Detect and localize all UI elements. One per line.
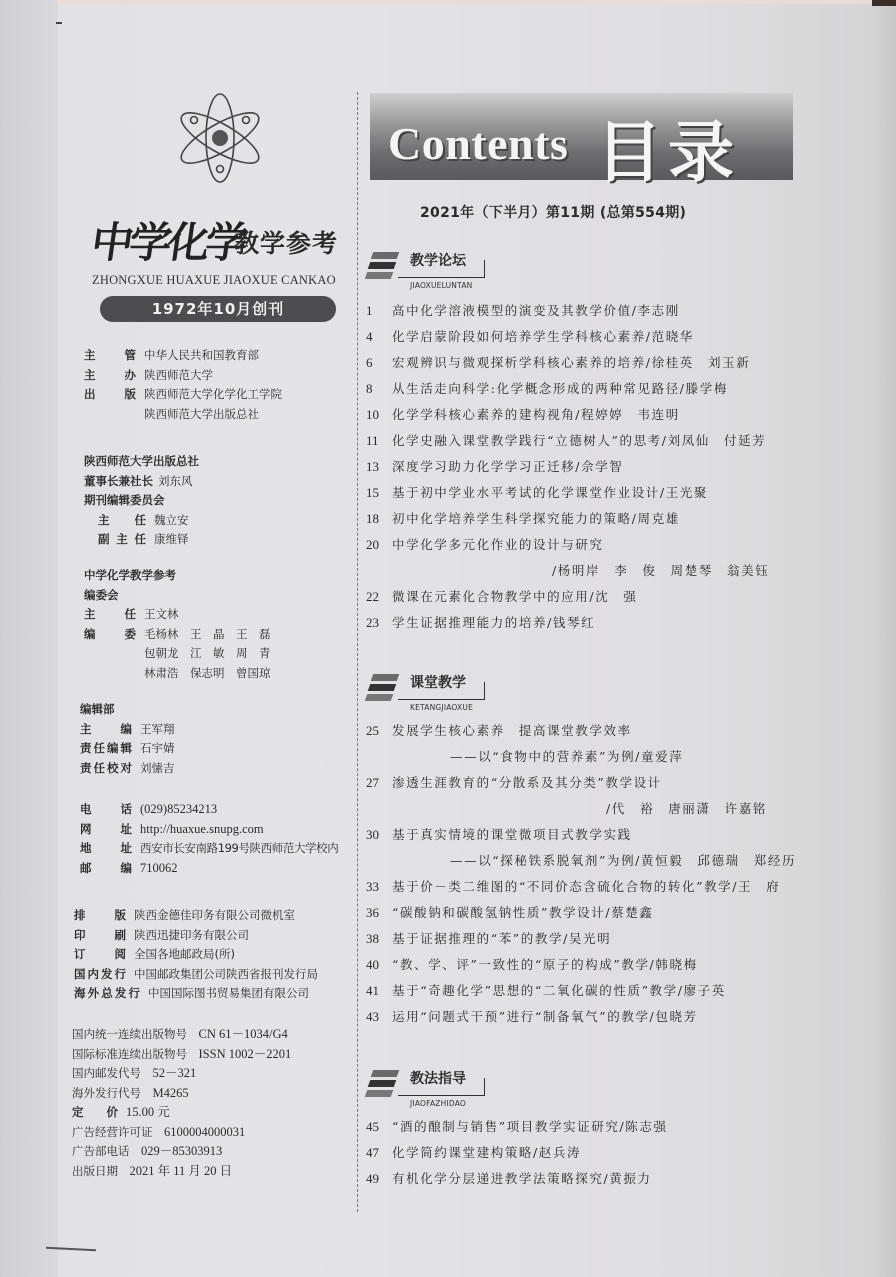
contents-title-zh: 目录 <box>596 99 740 194</box>
info-row: 陕西师范大学出版总社 <box>84 405 282 425</box>
toc-entry[interactable]: 4化学启蒙阶段如何培养学生学科核心素养/范晓华 <box>366 324 769 350</box>
section-bars-icon <box>366 252 400 282</box>
info-row: 国内发行中国邮政集团公司陕西省报刊发行局 <box>74 965 318 985</box>
info-row: 主 办陕西师范大学 <box>84 366 282 386</box>
toc-entry[interactable]: 8从生活走向科学:化学概念形成的两种常见路径/滕学梅 <box>366 376 769 402</box>
info-row: 责任校对刘愫吉 <box>80 759 175 779</box>
info-row: 出 版陕西师范大学化学化工学院 <box>84 385 282 405</box>
info-row: 主 任王文林 <box>84 605 271 625</box>
toc-entry[interactable]: 20中学化学多元化作业的设计与研究 <box>366 532 769 558</box>
page-top-edge <box>60 0 880 4</box>
publish-date: 出版日期 2021 年 11 月 20 日 <box>72 1162 291 1182</box>
contact-info: 电 话(029)85234213 网 址http://huaxue.snupg.… <box>80 800 338 878</box>
toc-entry[interactable]: 10化学学科核心素养的建构视角/程婷婷 韦连明 <box>366 402 769 428</box>
production-info: 排 版陕西金德佳印务有限公司微机室 印 刷陕西迅捷印务有限公司 订 阅全国各地邮… <box>74 906 318 1004</box>
journal-pinyin: ZHONGXUE HUAXUE JIAOXUE CANKAO <box>92 273 352 288</box>
toc-entry[interactable]: 41基于“奇趣化学”思想的“二氧化碳的性质”教学/廖子英 <box>366 978 796 1004</box>
toc-entry[interactable]: 38基于证据推理的“苯”的教学/吴光明 <box>366 926 796 952</box>
page-gutter-shadow <box>0 0 58 1277</box>
toc-entry[interactable]: 15基于初中学业水平考试的化学课堂作业设计/王光聚 <box>366 480 769 506</box>
info-row: 包朝龙 江 敏 周 青 <box>84 644 271 664</box>
phone-number: (029)85234213 <box>140 800 217 820</box>
toc-entry-authors: /杨明岸 李 俊 周楚琴 翁美钰 <box>366 558 769 584</box>
registration-info: 国内统一连续出版物号 CN 61－1034/G4 国际标准连续出版物号 ISSN… <box>72 1025 291 1181</box>
toc-entry[interactable]: 1高中化学溶液模型的演变及其教学价值/李志刚 <box>366 298 769 324</box>
editorial-dept: 编辑部 主 编王军翔 责任编辑石宇婧 责任校对刘愫吉 <box>80 700 175 778</box>
info-row: 董事长兼社长刘东风 <box>84 472 199 492</box>
journal-masthead: 中学化学 教学参考 <box>92 210 362 270</box>
journal-title-calligraphy: 中学化学 <box>88 210 248 270</box>
toc-entry[interactable]: 30基于真实情境的课堂微项目式教学实践 <box>366 822 796 848</box>
info-row: 编 委毛杨林 王 晶 王 磊 <box>84 625 271 645</box>
column-divider <box>357 92 358 1212</box>
info-row: 海外发行代号 M4265 <box>72 1084 291 1104</box>
info-row: 地 址西安市长安南路199号陕西师范大学校内 <box>80 839 338 859</box>
toc-entry[interactable]: 36“碳酸钠和碳酸氢钠性质”教学设计/蔡楚鑫 <box>366 900 796 926</box>
info-row: 广告部电话 029－85303913 <box>72 1142 291 1162</box>
info-row: 林肃浩 保志明 曾国琼 <box>84 664 271 684</box>
section-header-jiaoxueluntan: 教学论坛 JIAOXUELUNTAN <box>366 250 566 294</box>
page-corner <box>872 0 896 6</box>
section-bars-icon <box>366 674 400 704</box>
toc-entry[interactable]: 40“教、学、评”一致性的“原子的构成”教学/韩晓梅 <box>366 952 796 978</box>
info-row: 广告经营许可证 6100004000031 <box>72 1123 291 1143</box>
toc-entry[interactable]: 25发展学生核心素养 提高课堂教学效率 <box>366 718 796 744</box>
journal-name: 中学化学教学参考 <box>84 566 271 586</box>
toc-entry[interactable]: 22微课在元素化合物教学中的应用/沈 强 <box>366 584 769 610</box>
section-bars-icon <box>366 1070 400 1100</box>
section-header-ketangjiaoxue: 课堂教学 KETANGJIAOXUE <box>366 672 566 716</box>
contents-banner: Contents 目录 <box>370 93 793 180</box>
toc-entry[interactable]: 47化学简约课堂建构策略/赵兵涛 <box>366 1140 668 1166</box>
atom-icon <box>172 90 268 186</box>
info-row: 印 刷陕西迅捷印务有限公司 <box>74 926 318 946</box>
info-row: 副主任康维铎 <box>84 530 199 550</box>
section-header-jiaofazhidao: 教法指导 JIAOFAZHIDAO <box>366 1068 566 1112</box>
info-row: 电 话(029)85234213 <box>80 800 338 820</box>
info-row: 排 版陕西金德佳印务有限公司微机室 <box>74 906 318 926</box>
website-link: http://huaxue.snupg.com <box>140 820 264 840</box>
info-row: 国内统一连续出版物号 CN 61－1034/G4 <box>72 1025 291 1045</box>
toc-entry[interactable]: 43运用“问题式干预”进行“制备氧气”的教学/包晓芳 <box>366 1004 796 1030</box>
info-row: 主 任魏立安 <box>84 511 199 531</box>
toc-entry[interactable]: 49有机化学分层递进教学法策略探究/黄振力 <box>366 1166 668 1192</box>
toc-entry[interactable]: 33基于价－类二维图的“不同价态含硫化合物的转化”教学/王 府 <box>366 874 796 900</box>
price: 定 价15.00 元 <box>72 1103 291 1123</box>
toc-entry-subtitle: ——以“食物中的营养素”为例/童爱萍 <box>366 744 796 770</box>
dept-title: 编辑部 <box>80 700 175 720</box>
info-row: 订 阅全国各地邮政局(所) <box>74 945 318 965</box>
founded-badge: 1972年10月创刊 <box>100 296 336 322</box>
press-board: 陕西师范大学出版总社 董事长兼社长刘东风 期刊编辑委员会 主 任魏立安 副主任康… <box>84 452 199 550</box>
journal-title-suffix: 教学参考 <box>234 224 338 260</box>
press-org: 陕西师范大学出版总社 <box>84 452 199 472</box>
publisher-info: 主 管中华人民共和国教育部 主 办陕西师范大学 出 版陕西师范大学化学化工学院 … <box>84 346 282 424</box>
toc-section-3: 45“酒的酿制与销售”项目教学实证研究/陈志强 47化学简约课堂建构策略/赵兵涛… <box>366 1114 668 1192</box>
info-row: 国际标准连续出版物号 ISSN 1002－2201 <box>72 1045 291 1065</box>
toc-entry[interactable]: 11化学史融入课堂教学践行“立德树人”的思考/刘凤仙 付延芳 <box>366 428 769 454</box>
info-row: 主 管中华人民共和国教育部 <box>84 346 282 366</box>
info-row: 主 编王军翔 <box>80 720 175 740</box>
board-title: 编委会 <box>84 586 271 606</box>
toc-section-1: 1高中化学溶液模型的演变及其教学价值/李志刚 4化学启蒙阶段如何培养学生学科核心… <box>366 298 769 636</box>
toc-entry-authors: /代 裕 唐丽潇 许嘉铭 <box>366 796 796 822</box>
toc-entry[interactable]: 45“酒的酿制与销售”项目教学实证研究/陈志强 <box>366 1114 668 1140</box>
info-row: 责任编辑石宇婧 <box>80 739 175 759</box>
toc-entry[interactable]: 27渗透生涯教育的“分散系及其分类”教学设计 <box>366 770 796 796</box>
toc-entry[interactable]: 23学生证据推理能力的培养/钱琴红 <box>366 610 769 636</box>
toc-entry[interactable]: 6宏观辨识与微观探析学科核心素养的培养/徐桂英 刘玉新 <box>366 350 769 376</box>
toc-section-2: 25发展学生核心素养 提高课堂教学效率 ——以“食物中的营养素”为例/童爱萍 2… <box>366 718 796 1030</box>
contents-title-en: Contents <box>388 117 568 170</box>
toc-entry[interactable]: 13深度学习助力化学学习正迁移/佘学智 <box>366 454 769 480</box>
info-row: 国内邮发代号 52－321 <box>72 1064 291 1084</box>
issue-info: 2021年（下半月）第11期 (总第554期) <box>420 202 686 222</box>
info-row: 海外总发行中国国际图书贸易集团有限公司 <box>74 984 318 1004</box>
info-row: 网 址http://huaxue.snupg.com <box>80 820 338 840</box>
toc-entry[interactable]: 18初中化学培养学生科学探究能力的策略/周克雄 <box>366 506 769 532</box>
crop-mark <box>56 22 62 24</box>
info-row: 邮 编710062 <box>80 859 338 879</box>
toc-entry-subtitle: ——以“探秘铁系脱氧剂”为例/黄恒毅 邱德瑞 郑经历 <box>366 848 796 874</box>
editorial-board: 中学化学教学参考 编委会 主 任王文林 编 委毛杨林 王 晶 王 磊 包朝龙 江… <box>84 566 271 683</box>
committee-title: 期刊编辑委员会 <box>84 491 199 511</box>
